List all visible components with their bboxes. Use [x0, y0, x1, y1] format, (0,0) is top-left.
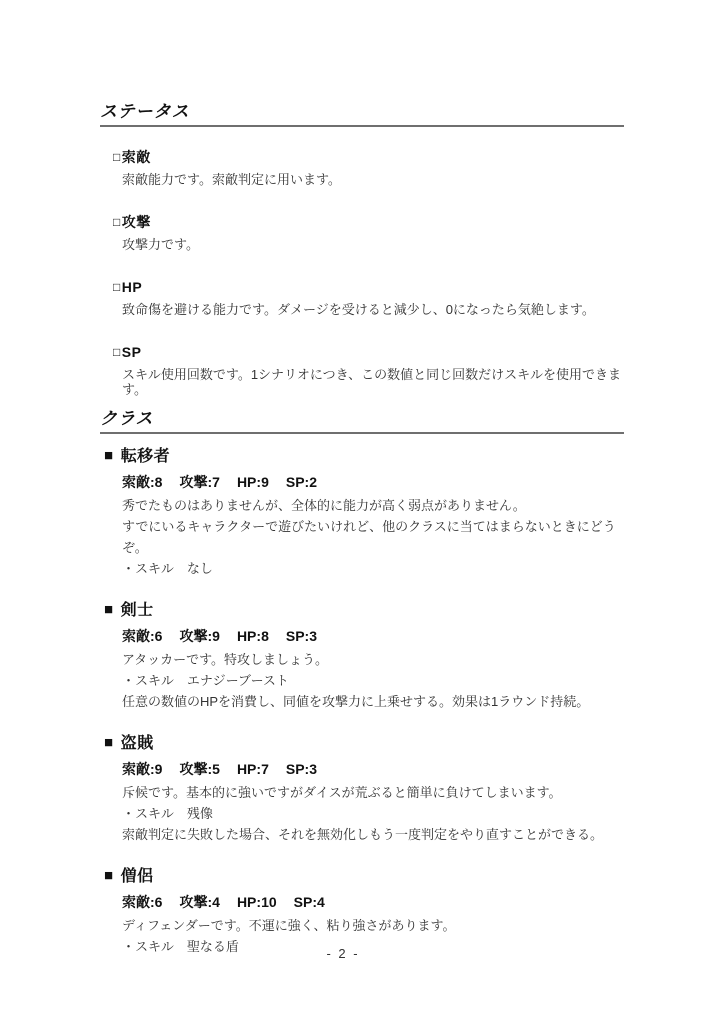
class-stats: 索敵:9攻撃:5HP:7SP:3: [122, 761, 624, 777]
class-item: ■転移者 索敵:8攻撃:7HP:9SP:2 秀でたものはありませんが、全体的に能…: [100, 447, 624, 579]
stat-value: 9: [261, 474, 269, 490]
section-title-status: ステータス: [100, 103, 624, 127]
square-outline-icon: □: [113, 150, 121, 164]
class-text-line: ディフェンダーです。不運に強く、粘り強さがあります。: [122, 915, 624, 936]
status-item-heading: □SP: [113, 344, 624, 361]
status-item-name: SP: [122, 344, 142, 360]
stat-value: 2: [309, 474, 317, 490]
stat-label: 攻撃: [179, 894, 207, 910]
stat-label: HP: [237, 474, 256, 490]
stat-label: HP: [237, 894, 256, 910]
stat-value: 4: [317, 894, 325, 910]
stat-value: 7: [212, 474, 220, 490]
square-outline-icon: □: [113, 280, 121, 294]
stat-value: 6: [155, 628, 163, 644]
stat-value: 4: [212, 894, 220, 910]
status-item-description: 致命傷を避ける能力です。ダメージを受けると減少し、0になったら気絶します。: [122, 302, 624, 317]
stat-label: 攻撃: [179, 628, 207, 644]
class-item: ■剣士 索敵:6攻撃:9HP:8SP:3 アタッカーです。特攻しましょう。 ・ス…: [100, 601, 624, 712]
status-item-description: スキル使用回数です。1シナリオにつき、この数値と同じ回数だけスキルを使用できます…: [122, 367, 624, 397]
stat-label: 索敵: [122, 474, 150, 490]
status-section: ステータス □索敵 索敵能力です。索敵判定に用います。 □攻撃 攻撃力です。 □…: [100, 103, 624, 397]
status-item: □攻撃 攻撃力です。: [100, 214, 624, 252]
stat-label: 索敵: [122, 761, 150, 777]
class-text-line: アタッカーです。特攻しましょう。: [122, 649, 624, 670]
class-skill-line: ・スキル エナジーブースト: [122, 670, 624, 691]
stat-value: 8: [155, 474, 163, 490]
stat-label: 索敵: [122, 894, 150, 910]
stat-value: 8: [261, 628, 269, 644]
class-name: 僧侶: [121, 868, 154, 885]
stat-pair: 攻撃:7: [179, 474, 219, 490]
class-text-line: 任意の数値のHPを消費し、同値を攻撃力に上乗せする。効果は1ラウンド持続。: [122, 691, 624, 712]
class-text-line: 斥候です。基本的に強いですがダイスが荒ぶると簡単に負けてしまいます。: [122, 782, 624, 803]
class-stats: 索敵:6攻撃:4HP:10SP:4: [122, 894, 624, 910]
status-item-heading: □HP: [113, 279, 624, 296]
stat-label: SP: [286, 761, 305, 777]
class-skill-line: ・スキル 残像: [122, 803, 624, 824]
status-item: □SP スキル使用回数です。1シナリオにつき、この数値と同じ回数だけスキルを使用…: [100, 344, 624, 397]
square-outline-icon: □: [113, 215, 121, 229]
stat-value: 9: [212, 628, 220, 644]
square-filled-icon: ■: [104, 447, 114, 464]
section-title-class: クラス: [100, 410, 624, 434]
status-item: □HP 致命傷を避ける能力です。ダメージを受けると減少し、0になったら気絶します…: [100, 279, 624, 317]
status-item-name: 攻撃: [122, 214, 151, 230]
class-item: ■盗賊 索敵:9攻撃:5HP:7SP:3 斥候です。基本的に強いですがダイスが荒…: [100, 734, 624, 845]
square-filled-icon: ■: [104, 734, 114, 751]
class-text-line: すでにいるキャラクターで遊びたいけれど、他のクラスに当てはまらないときにどうぞ。: [122, 516, 624, 558]
stat-label: 索敵: [122, 628, 150, 644]
class-text-line: 索敵判定に失敗した場合、それを無効化しもう一度判定をやり直すことができる。: [122, 824, 624, 845]
stat-pair: SP:4: [294, 894, 325, 910]
status-item-name: HP: [122, 279, 142, 295]
stat-pair: SP:3: [286, 628, 317, 644]
stat-value: 5: [212, 761, 220, 777]
status-item: □索敵 索敵能力です。索敵判定に用います。: [100, 149, 624, 187]
stat-pair: HP:7: [237, 761, 269, 777]
class-heading: ■盗賊: [104, 734, 624, 753]
stat-value: 3: [309, 628, 317, 644]
class-text-line: 秀でたものはありませんが、全体的に能力が高く弱点がありません。: [122, 495, 624, 516]
square-outline-icon: □: [113, 345, 121, 359]
class-item-list: ■転移者 索敵:8攻撃:7HP:9SP:2 秀でたものはありませんが、全体的に能…: [100, 447, 624, 957]
stat-pair: SP:3: [286, 761, 317, 777]
class-stats: 索敵:8攻撃:7HP:9SP:2: [122, 474, 624, 490]
class-heading: ■剣士: [104, 601, 624, 620]
document-page: { "page": { "footer_page_number": "- 2 -…: [0, 0, 724, 1024]
class-heading: ■転移者: [104, 447, 624, 466]
status-item-description: 索敵能力です。索敵判定に用います。: [122, 172, 624, 187]
class-stats: 索敵:6攻撃:9HP:8SP:3: [122, 628, 624, 644]
class-name: 盗賊: [121, 735, 154, 752]
stat-value: 6: [155, 894, 163, 910]
class-heading: ■僧侶: [104, 867, 624, 886]
stat-pair: 索敵:6: [122, 628, 162, 644]
stat-label: 攻撃: [179, 474, 207, 490]
stat-value: 7: [261, 761, 269, 777]
section-title-status-label: ステータス: [100, 102, 190, 121]
stat-pair: HP:8: [237, 628, 269, 644]
class-section: クラス ■転移者 索敵:8攻撃:7HP:9SP:2 秀でたものはありませんが、全…: [100, 410, 624, 957]
stat-value: 10: [261, 894, 277, 910]
stat-label: SP: [286, 628, 305, 644]
stat-pair: 索敵:8: [122, 474, 162, 490]
stat-pair: 攻撃:9: [179, 628, 219, 644]
status-item-name: 索敵: [122, 149, 151, 165]
stat-label: SP: [286, 474, 305, 490]
status-item-description: 攻撃力です。: [122, 237, 624, 252]
stat-label: HP: [237, 628, 256, 644]
stat-pair: HP:10: [237, 894, 277, 910]
stat-value: 9: [155, 761, 163, 777]
stat-pair: 攻撃:4: [179, 894, 219, 910]
stat-pair: SP:2: [286, 474, 317, 490]
stat-label: SP: [294, 894, 313, 910]
stat-pair: 索敵:9: [122, 761, 162, 777]
stat-value: 3: [309, 761, 317, 777]
class-skill-line: ・スキル なし: [122, 558, 624, 579]
class-name: 剣士: [121, 602, 154, 619]
status-item-heading: □攻撃: [113, 214, 624, 231]
stat-label: HP: [237, 761, 256, 777]
square-filled-icon: ■: [104, 867, 114, 884]
class-name: 転移者: [121, 448, 171, 465]
stat-pair: HP:9: [237, 474, 269, 490]
page-content: ステータス □索敵 索敵能力です。索敵判定に用います。 □攻撃 攻撃力です。 □…: [100, 0, 624, 957]
square-filled-icon: ■: [104, 601, 114, 618]
stat-pair: 攻撃:5: [179, 761, 219, 777]
page-number: - 2 -: [100, 946, 586, 961]
stat-label: 攻撃: [179, 761, 207, 777]
section-title-class-label: クラス: [100, 409, 154, 428]
status-item-heading: □索敵: [113, 149, 624, 166]
class-item: ■僧侶 索敵:6攻撃:4HP:10SP:4 ディフェンダーです。不運に強く、粘り…: [100, 867, 624, 957]
status-item-list: □索敵 索敵能力です。索敵判定に用います。 □攻撃 攻撃力です。 □HP 致命傷…: [100, 149, 624, 397]
stat-pair: 索敵:6: [122, 894, 162, 910]
